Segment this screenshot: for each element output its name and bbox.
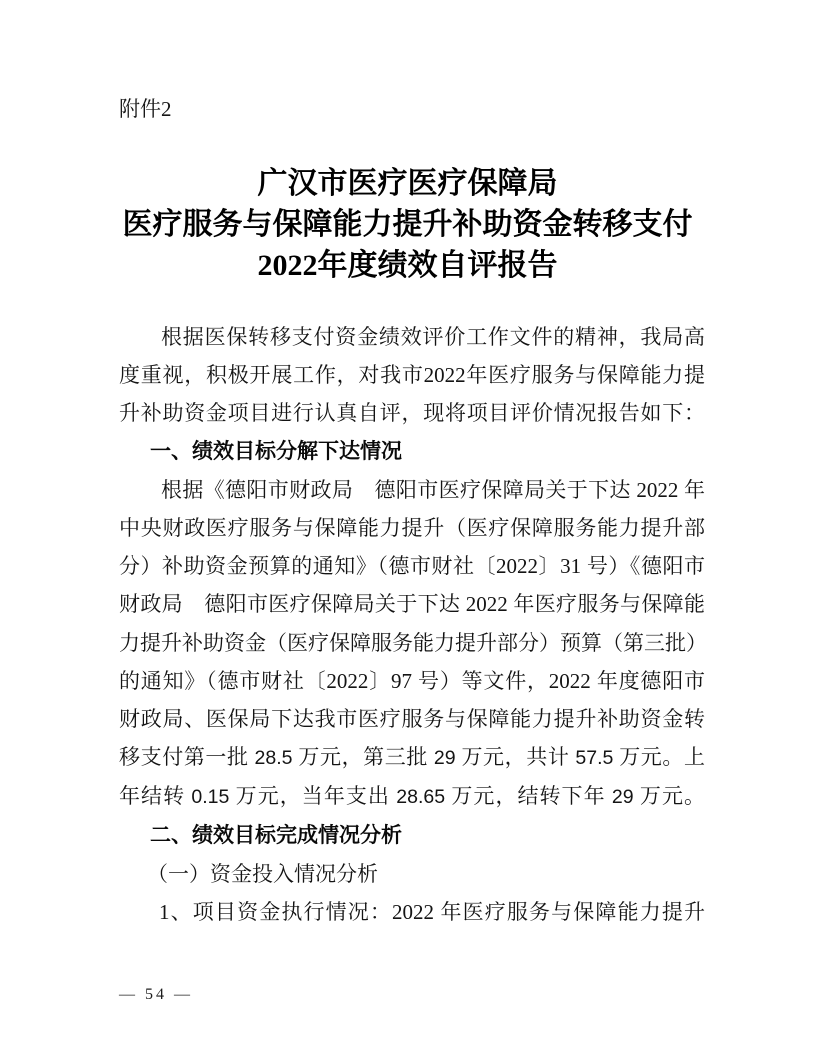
body-line: 的通知》（德市财社〔2022〕97 号）等文件，2022 年度德阳市: [119, 662, 705, 700]
body-line: 根据《德阳市财政局 德阳市医疗保障局关于下达 2022 年: [119, 471, 705, 509]
body-line: 分）补助资金预算的通知》（德市财社〔2022〕31 号）《德阳市: [119, 547, 705, 585]
document-page: 附件2 广汉市医疗医疗保障局 医疗服务与保障能力提升补助资金转移支付 2022年…: [0, 0, 815, 1055]
body-line: 移支付第一批 28.5 万元，第三批 29 万元，共计 57.5 万元。上: [119, 738, 705, 777]
body-line: 中央财政医疗服务与保障能力提升（医疗保障服务能力提升部: [119, 509, 705, 547]
report-title: 广汉市医疗医疗保障局 医疗服务与保障能力提升补助资金转移支付 2022年度绩效自…: [60, 163, 755, 286]
body-line: 根据医保转移支付资金绩效评价工作文件的精神，我局高: [119, 318, 705, 356]
body-line: 升补助资金项目进行认真自评，现将项目评价情况报告如下：: [119, 394, 705, 432]
subsection-heading: （一）资金投入情况分析: [119, 855, 705, 893]
section-heading-2: 二、绩效目标完成情况分析: [119, 817, 705, 855]
section-heading-1: 一、绩效目标分解下达情况: [119, 433, 705, 471]
page-number: — 54 —: [119, 986, 193, 1004]
body-line: 度重视，积极开展工作，对我市2022年医疗服务与保障能力提: [119, 356, 705, 394]
report-body: 根据医保转移支付资金绩效评价工作文件的精神，我局高 度重视，积极开展工作，对我市…: [119, 318, 705, 931]
report-title-line-1: 广汉市医疗医疗保障局: [60, 163, 755, 204]
report-title-line-3: 2022年度绩效自评报告: [60, 245, 755, 286]
body-line: 财政局 德阳市医疗保障局关于下达 2022 年医疗服务与保障能: [119, 585, 705, 623]
body-line: 1、项目资金执行情况：2022 年医疗服务与保障能力提升: [119, 893, 705, 931]
body-line: 力提升补助资金（医疗保障服务能力提升部分）预算（第三批）: [119, 624, 705, 662]
attachment-label: 附件2: [119, 96, 172, 122]
body-line: 财政局、医保局下达我市医疗服务与保障能力提升补助资金转: [119, 700, 705, 738]
report-title-line-2: 医疗服务与保障能力提升补助资金转移支付: [60, 204, 755, 245]
body-line: 年结转 0.15 万元，当年支出 28.65 万元，结转下年 29 万元。: [119, 777, 705, 816]
